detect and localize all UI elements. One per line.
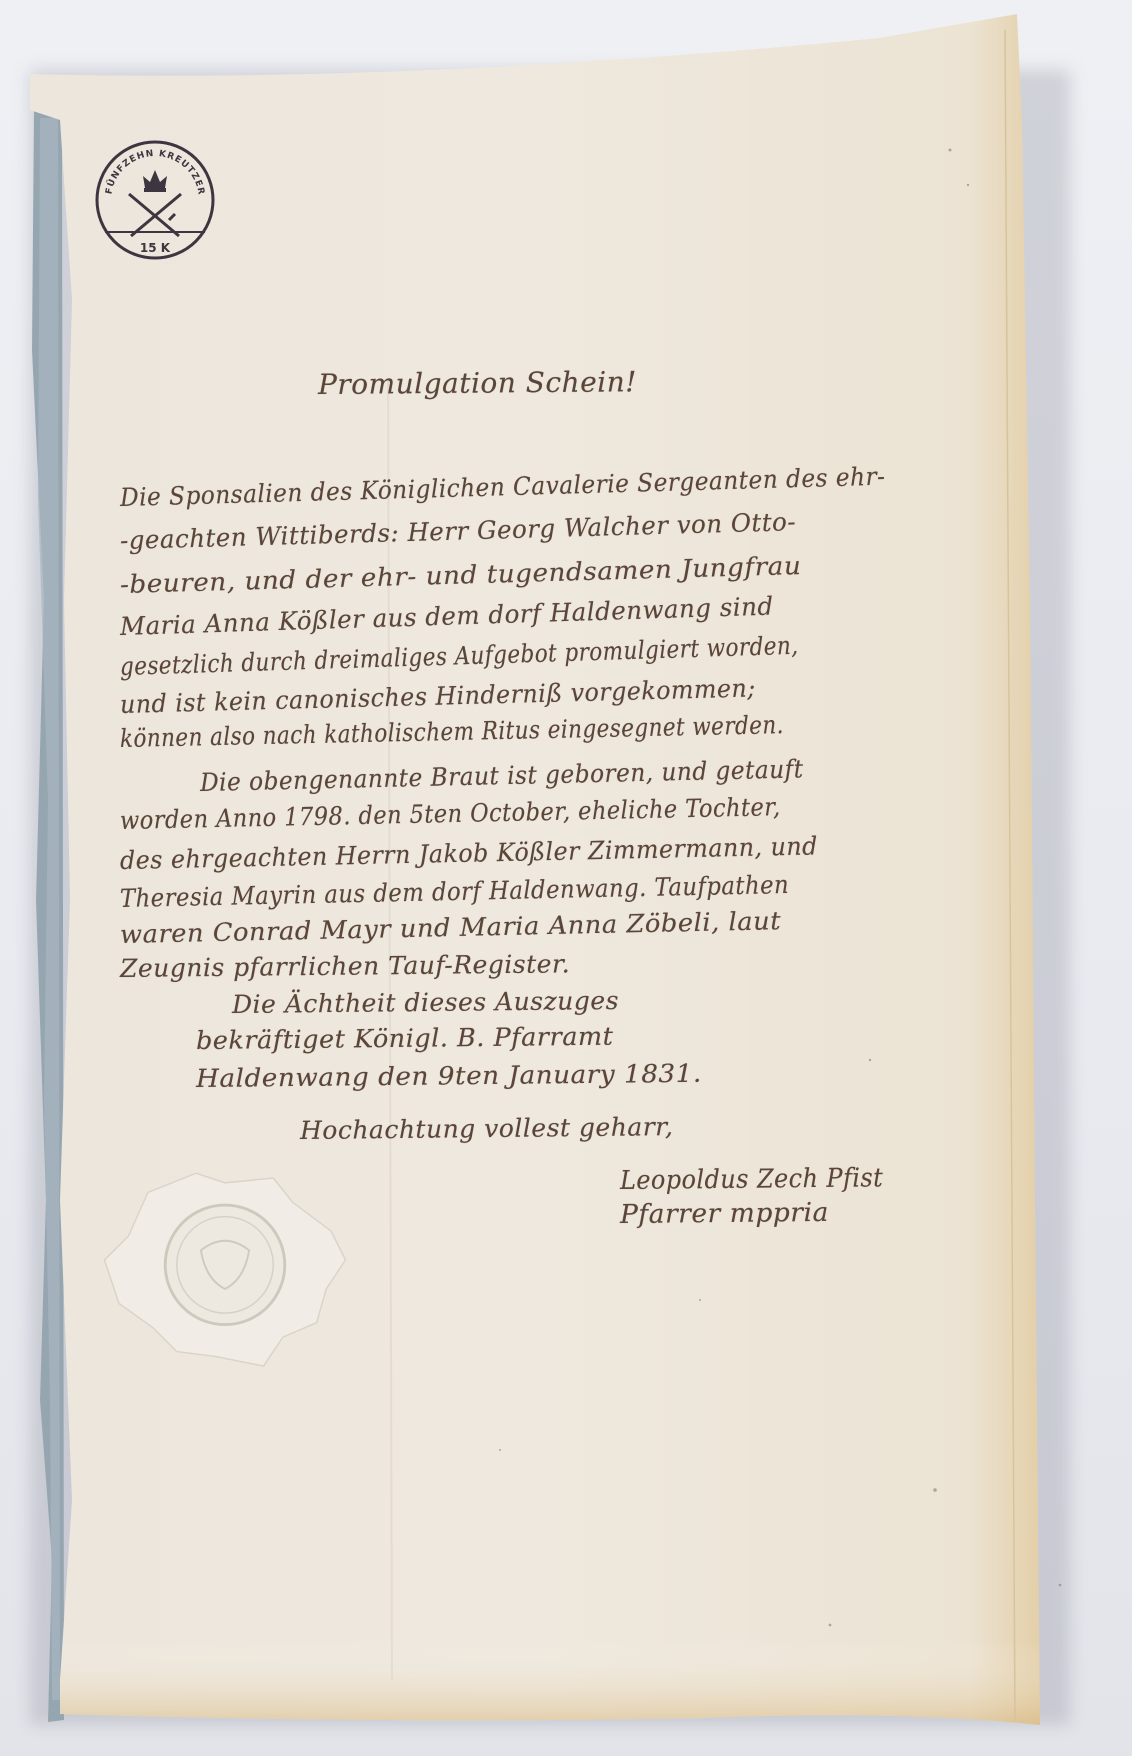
- body-line: gesetzlich durch dreimaliges Aufgebot pr…: [120, 631, 799, 681]
- birth-line: waren Conrad Mayr und Maria Anna Zöbeli,…: [120, 906, 782, 949]
- body-line: -geachten Wittiberds: Herr Georg Walcher…: [120, 507, 797, 555]
- birth-line: Zeugnis pfarrlichen Tauf-Register.: [120, 949, 570, 983]
- birth-line: Die obengenannte Braut ist geboren, und …: [200, 754, 804, 797]
- document-title: Promulgation Schein!: [318, 365, 637, 401]
- birth-line: des ehrgeachten Herrn Jakob Kößler Zimme…: [120, 831, 818, 875]
- birth-line: worden Anno 1798. den 5ten October, ehel…: [120, 792, 781, 835]
- signature-title: Pfarrer mppria: [620, 1198, 829, 1230]
- body-line: -beuren, und der ehr- und tugendsamen Ju…: [120, 551, 802, 599]
- closing-line: Hochachtung vollest geharr,: [300, 1112, 674, 1145]
- signature-name: Leopoldus Zech Pfist: [620, 1163, 884, 1196]
- body-line: können also nach katholischem Ritus eing…: [120, 710, 784, 753]
- birth-line: Theresia Mayrin aus dem dorf Haldenwang.…: [120, 870, 790, 913]
- attestation-line: Haldenwang den 9ten January 1831.: [196, 1059, 702, 1093]
- body-line: Die Sponsalien des Königlichen Cavalerie…: [120, 462, 886, 512]
- attestation-line: bekräftiget Königl. B. Pfarramt: [196, 1022, 614, 1055]
- attestation-line: Die Ächtheit dieses Auszuges: [232, 986, 619, 1019]
- handwritten-text: Promulgation Schein! Die Sponsalien des …: [0, 0, 1132, 1756]
- document-photo: FÜNFZEHN KREUTZER 15 K Promulgation Sche…: [0, 0, 1132, 1756]
